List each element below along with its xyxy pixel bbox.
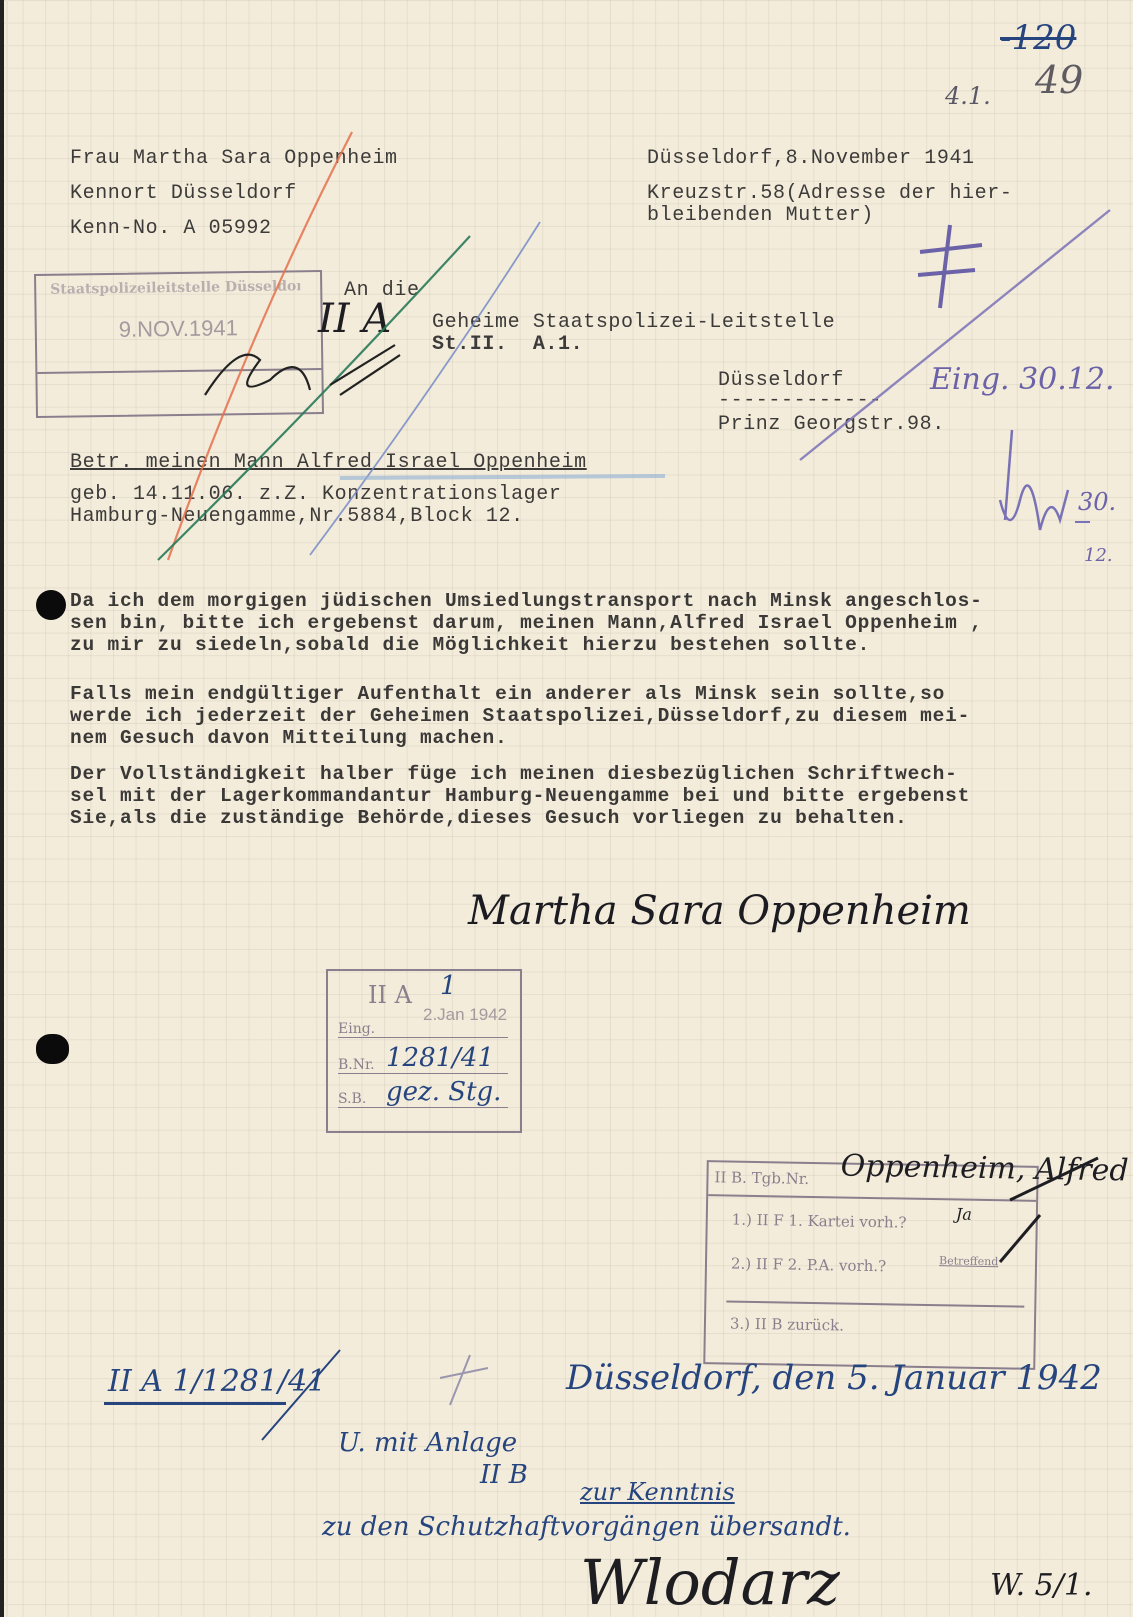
routing-stamp-row2: 2.) II F 2. P.A. vorh.?: [731, 1255, 886, 1276]
top-right-crossed-number: -120: [1000, 18, 1076, 58]
official-signature: Wlodarz: [580, 1546, 840, 1617]
handwritten-initials: II A: [318, 296, 391, 342]
official-signature-date: W. 5/1.: [990, 1568, 1092, 1603]
receipt-stamp-header: Staatspolizeileitstelle Düsseldorf: [50, 278, 300, 297]
routing-stamp-row3: 3.) II B zurück.: [730, 1315, 844, 1335]
page-edge: [0, 0, 4, 1617]
letter-signature: Martha Sara Oppenheim: [468, 888, 971, 934]
entry-stamp-dept-number: 1: [440, 971, 457, 1001]
routing-stamp-row1-hand: Ja: [956, 1204, 972, 1223]
entry-stamp-sb-value: gez. Stg.: [386, 1077, 501, 1107]
body-paragraph-3-line-1: Der Vollständigkeit halber füge ich mein…: [70, 763, 958, 786]
grey-cross-mark: [440, 1355, 488, 1405]
receipt-stamp: Staatspolizeileitstelle Düsseldorf 9.NOV…: [34, 270, 324, 418]
receipt-stamp-rule: [37, 368, 321, 374]
body-paragraph-1-line-1: Da ich dem morgigen jüdischen Umsiedlung…: [70, 590, 983, 613]
violet-cross-mark: [918, 225, 982, 308]
routing-stamp: II B. Tgb.Nr. Oppenheim, Alfred 1.) II F…: [703, 1160, 1039, 1370]
routing-stamp-row1: 1.) II F 1. Kartei vorh.?: [732, 1211, 907, 1232]
entry-stamp: II A 1 2.Jan 1942 Eing. B.Nr. 1281/41 S.…: [326, 969, 522, 1133]
body-paragraph-3-line-2: sel mit der Lagerkommandantur Hamburg-Ne…: [70, 785, 970, 808]
body-paragraph-2-line-1: Falls mein endgültiger Aufenthalt ein an…: [70, 683, 945, 706]
receipt-stamp-date: 9.NOV.1941: [119, 315, 238, 343]
paraph-date-bottom: 12.: [1084, 545, 1113, 566]
routing-stamp-header: II B. Tgb.Nr.: [714, 1168, 809, 1188]
sender-kennort: Kennort Düsseldorf: [70, 183, 297, 205]
sender-kenn-no: Kenn-No. A 05992: [70, 218, 272, 240]
top-right-date: 4.1.: [945, 82, 991, 110]
entry-stamp-bnr-value: 1281/41: [386, 1043, 494, 1073]
recipient-org: Geheime Staatspolizei-Leitstelle: [432, 312, 835, 334]
footer-note-line2: II B: [480, 1460, 528, 1490]
subject-line2: geb. 14.11.06. z.Z. Konzentrationslager: [70, 484, 561, 506]
footer-note-line4: zu den Schutzhaftvorgängen übersandt.: [322, 1512, 851, 1542]
recipient-street: Prinz Georgstr.98.: [718, 414, 945, 436]
punch-hole-upper: [36, 590, 66, 620]
recipient-dashes: -------------: [718, 390, 882, 412]
routing-stamp-row2-hand: Betreffend: [939, 1254, 998, 1268]
subject-blue-highlight: [340, 476, 665, 478]
handwritten-receipt-note: Eing. 30.12.: [930, 362, 1115, 397]
footer-note-line3: zur Kenntnis: [580, 1478, 735, 1506]
subject-line3: Hamburg-Neuengamme,Nr.5884,Block 12.: [70, 506, 524, 528]
body-paragraph-3-line-3: Sie,als die zuständige Behörde,dieses Ge…: [70, 807, 908, 830]
body-paragraph-2-line-2: werde ich jederzeit der Geheimen Staatsp…: [70, 705, 970, 728]
routing-stamp-row3-rule: [726, 1300, 1024, 1307]
top-right-number: 49: [1035, 58, 1083, 102]
violet-paraph: [1000, 430, 1068, 530]
entry-stamp-dept: II A: [368, 981, 412, 1009]
letter-place-date: Düsseldorf,8.November 1941: [647, 148, 975, 170]
punch-hole-lower: [36, 1034, 69, 1064]
subject-line1: Betr. meinen Mann Alfred Israel Oppenhei…: [70, 452, 587, 474]
routing-stamp-header-rule: [708, 1194, 1036, 1202]
routing-stamp-header-hand: Oppenheim, Alfred: [840, 1148, 1129, 1188]
footer-note-line1: U. mit Anlage: [338, 1428, 517, 1458]
body-paragraph-1-line-3: zu mir zu siedeln,sobald die Möglichkeit…: [70, 634, 870, 657]
sender-address-line2: bleibenden Mutter): [647, 205, 874, 227]
sender-name: Frau Martha Sara Oppenheim: [70, 148, 398, 170]
body-paragraph-2-line-3: nem Gesuch davon Mitteilung machen.: [70, 727, 508, 750]
body-paragraph-1-line-2: sen bin, bitte ich ergebenst darum, mein…: [70, 612, 983, 635]
entry-stamp-eing-label: Eing.: [338, 1021, 508, 1038]
sender-address-line1: Kreuzstr.58(Adresse der hier-: [647, 183, 1012, 205]
paraph-date-top: 30.: [1078, 488, 1116, 516]
footer-file-number-underline: [104, 1402, 286, 1405]
recipient-dept: St.II. A.1.: [432, 334, 583, 356]
page-edge-highlight: [6, 0, 8, 1617]
footer-file-number: II A 1/1281/41: [108, 1364, 326, 1399]
footer-place-date: Düsseldorf, den 5. Januar 1942: [566, 1358, 1102, 1398]
